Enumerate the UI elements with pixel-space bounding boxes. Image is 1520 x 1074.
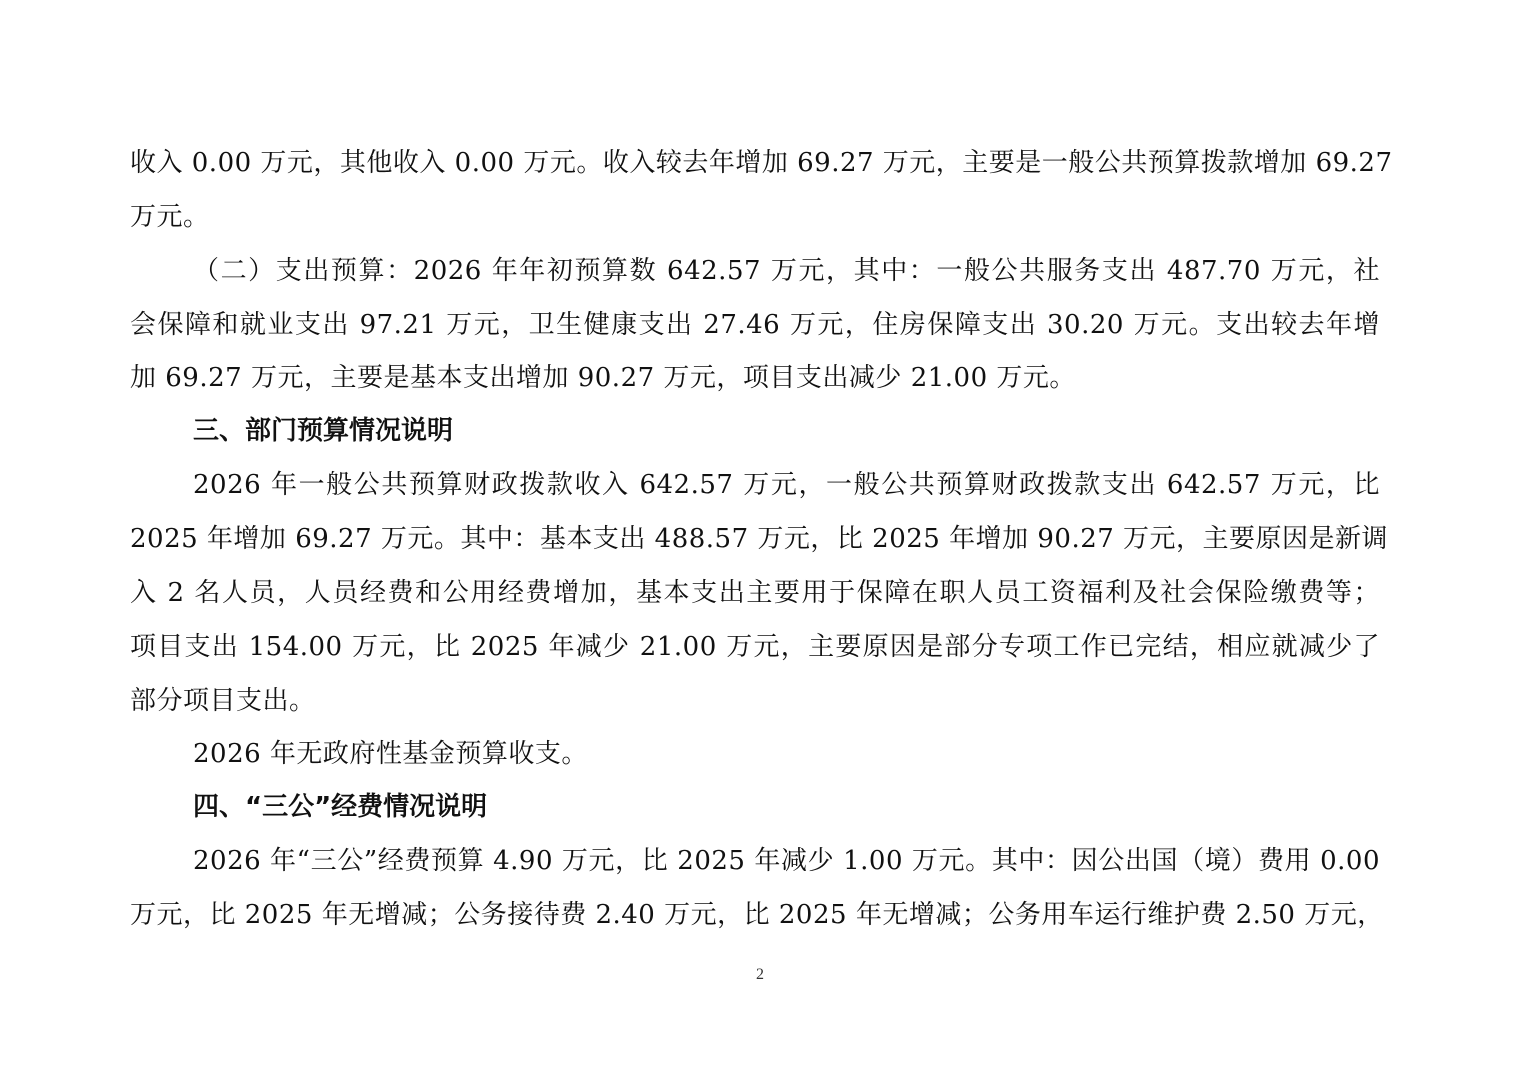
body-text-line: 2026 年“三公”经费预算 4.90 万元，比 2025 年减少 1.00 万… bbox=[193, 844, 1380, 878]
section-heading-dept-budget: 三、部门预算情况说明 bbox=[193, 414, 453, 448]
section-heading-three-public: 四、“三公”经费情况说明 bbox=[193, 790, 487, 824]
body-text-line: 2026 年无政府性基金预算收支。 bbox=[193, 737, 1380, 771]
body-text-line: 项目支出 154.00 万元，比 2025 年减少 21.00 万元，主要原因是… bbox=[130, 630, 1380, 664]
body-text-line: 部分项目支出。 bbox=[130, 684, 1380, 718]
body-text-line: 万元。 bbox=[130, 200, 1380, 234]
body-text-line: 万元，比 2025 年无增减；公务接待费 2.40 万元，比 2025 年无增减… bbox=[130, 898, 1380, 932]
body-text-line: 2025 年增加 69.27 万元。其中：基本支出 488.57 万元，比 20… bbox=[130, 522, 1380, 556]
body-text-line: 2026 年一般公共预算财政拨款收入 642.57 万元，一般公共预算财政拨款支… bbox=[193, 468, 1380, 502]
document-page: 收入 0.00 万元，其他收入 0.00 万元。收入较去年增加 69.27 万元… bbox=[0, 0, 1520, 1074]
body-text-line: 会保障和就业支出 97.21 万元，卫生健康支出 27.46 万元，住房保障支出… bbox=[130, 308, 1380, 342]
body-text-line: 入 2 名人员，人员经费和公用经费增加，基本支出主要用于保障在职人员工资福利及社… bbox=[130, 576, 1380, 610]
body-text-line: 加 69.27 万元，主要是基本支出增加 90.27 万元，项目支出减少 21.… bbox=[130, 361, 1380, 395]
body-text-line: （二）支出预算：2026 年年初预算数 642.57 万元，其中：一般公共服务支… bbox=[193, 254, 1380, 288]
body-text-line: 收入 0.00 万元，其他收入 0.00 万元。收入较去年增加 69.27 万元… bbox=[130, 146, 1380, 180]
page-number: 2 bbox=[0, 966, 1520, 984]
